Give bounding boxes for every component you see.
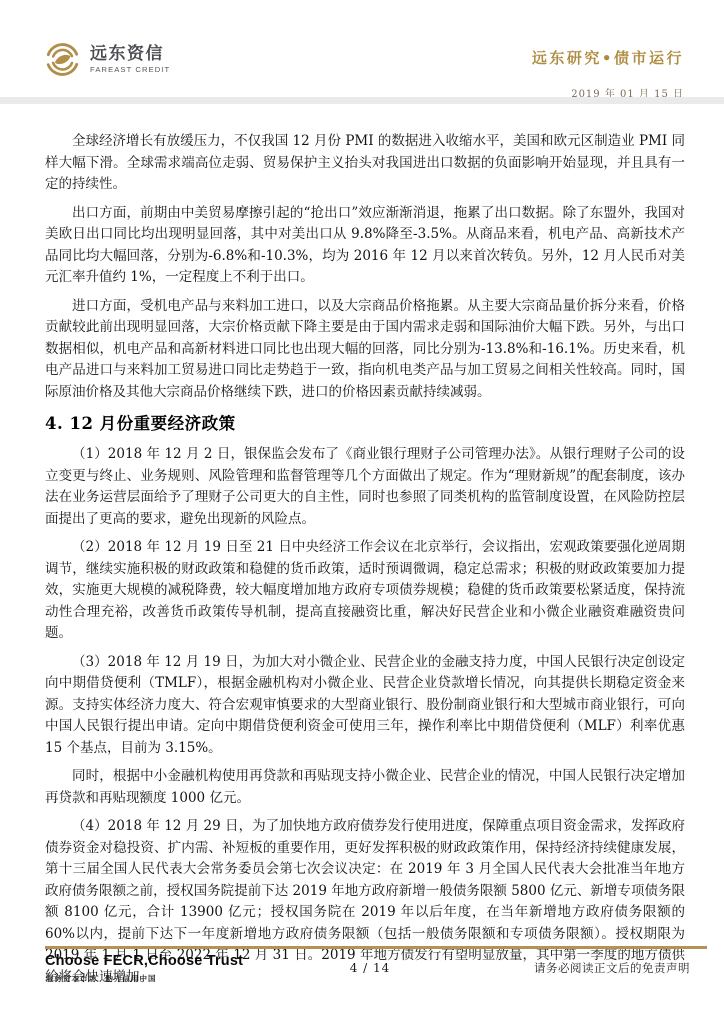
body-paragraph: 同时，根据中小金融机构使用再贷款和再贴现支持小微企业、民营企业的情况，中国人民银… [45,766,685,809]
report-page: 远东资信 FAREAST CREDIT 远东研究•债市运行 2019 年 01 … [0,0,724,1024]
body-paragraph: （1）2018 年 12 月 2 日，银保监会发布了《商业银行理财子公司管理办法… [45,444,685,530]
company-logo: 远东资信 FAREAST CREDIT [44,41,170,78]
body-paragraph: 出口方面，前期由中美贸易摩擦引起的“抢出口”效应渐渐消退，拖累了出口数据。除了东… [45,203,685,289]
report-body: 全球经济增长有放缓压力，不仅我国 12 月份 PMI 的数据进入收缩水平，美国和… [45,131,685,995]
report-series-title: 远东研究•债市运行 [532,47,684,68]
disclaimer-note: 请务必阅读正文后的免责声明 [534,960,690,976]
body-paragraph: （3）2018 年 12 月 19 日，为加大对小微企业、民营企业的金融支持力度… [45,652,685,760]
section-heading: 4. 12 月份重要经济政策 [45,410,685,434]
header-divider [0,97,724,104]
body-paragraph: 全球经济增长有放缓压力，不仅我国 12 月份 PMI 的数据进入收缩水平，美国和… [45,131,685,196]
body-paragraph: 进口方面，受机电产品与来料加工进口，以及大宗商品价格拖累。从主要大宗商品量价拆分… [45,296,685,404]
body-paragraph: （2）2018 年 12 月 19 日至 21 日中央经济工作会议在北京举行，会… [45,537,685,645]
fecr-swirl-icon [44,41,81,78]
company-name-en: FAREAST CREDIT [90,66,170,74]
footer-divider [45,946,707,949]
header-right: 远东研究•债市运行 2019 年 01 月 15 日 [532,47,684,100]
company-name: 远东资信 [90,45,170,62]
